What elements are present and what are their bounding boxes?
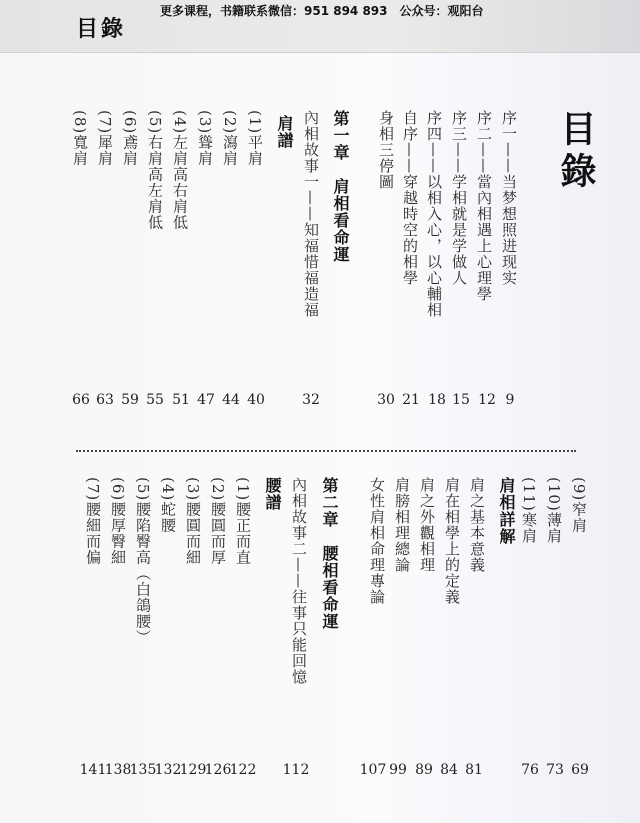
toc-entry[interactable]: 序二——當內相遇上心理學 [475, 110, 493, 302]
page-number: 63 [96, 392, 114, 408]
toc-entry[interactable]: (7)犀肩 [96, 110, 114, 166]
toc-entry[interactable]: (2)瀉肩 [221, 110, 239, 166]
toc-entry[interactable]: (9)窄肩 [570, 477, 588, 533]
toc-entry[interactable]: (4)左肩高右肩低 [171, 110, 189, 230]
toc-entry[interactable]: 序四——以相入心，以心輔相 [425, 110, 443, 318]
toc-entry[interactable]: (7)腰細而偏 [84, 477, 102, 565]
toc-entry[interactable]: (8)寬肩 [71, 110, 89, 166]
header-title: 目錄 [76, 12, 126, 43]
page-number: 81 [465, 762, 483, 778]
page-number: 132 [155, 762, 182, 778]
toc-entry[interactable]: (10)薄肩 [545, 477, 563, 544]
page-number: 21 [402, 392, 420, 408]
page-number: 66 [72, 392, 90, 408]
page-number: 69 [571, 762, 589, 778]
toc-entry[interactable]: 女性肩相命理專論 [368, 477, 386, 605]
toc-entry[interactable]: (11)寒肩 [520, 477, 538, 544]
page-number: 135 [130, 762, 157, 778]
watermark-text: 更多课程，书籍联系微信：951 894 893 公众号：观阳台 [160, 2, 484, 19]
page-number: 138 [105, 762, 132, 778]
page-number: 30 [377, 392, 395, 408]
toc-entry[interactable]: (1)腰正而直 [234, 477, 252, 565]
page-header: 目錄 更多课程，书籍联系微信：951 894 893 公众号：观阳台 [0, 0, 640, 53]
page-number: 126 [205, 762, 232, 778]
toc-entry[interactable]: (4)蛇腰 [159, 477, 177, 533]
section-divider [76, 450, 576, 452]
page-number: 122 [230, 762, 257, 778]
section-heading[interactable]: 肩譜 [275, 115, 293, 149]
page-number: 84 [440, 762, 458, 778]
toc-entry[interactable]: (3)聳肩 [196, 110, 214, 166]
page-number: 59 [121, 392, 139, 408]
toc-entry[interactable]: 序一——当梦想照进现实 [500, 110, 518, 286]
toc-entry[interactable]: (6)腰厚臀細 [109, 477, 127, 565]
page-number: 47 [197, 392, 215, 408]
page-number: 51 [172, 392, 190, 408]
page-number: 44 [222, 392, 240, 408]
chapter-heading[interactable]: 第二章 腰相看命運 [320, 477, 338, 630]
toc-entry[interactable]: 肩在相學上的定義 [443, 477, 461, 605]
page-number: 129 [180, 762, 207, 778]
toc-entry[interactable]: 肩之基本意義 [468, 477, 486, 573]
toc-entry[interactable]: 內相故事二——往事只能回憶 [290, 477, 308, 685]
toc-entry[interactable]: 內相故事一——知福惜福造福 [302, 110, 320, 318]
page-number: 99 [389, 762, 407, 778]
section-heading[interactable]: 腰譜 [263, 477, 281, 511]
page-number: 32 [302, 392, 320, 408]
page-number: 141 [80, 762, 107, 778]
page-number: 15 [452, 392, 470, 408]
toc-entry[interactable]: 肩之外觀相理 [418, 477, 436, 573]
page-number: 9 [506, 392, 515, 408]
page-number: 18 [428, 392, 446, 408]
chapter-heading[interactable]: 第一章 肩相看命運 [331, 110, 349, 263]
page-number: 76 [521, 762, 539, 778]
page-title: 目錄 [550, 110, 601, 194]
toc-entry[interactable]: 身相三停圖 [377, 110, 395, 190]
page-number: 89 [415, 762, 433, 778]
toc-entry[interactable]: 序三——学相就是学做人 [450, 110, 468, 286]
toc-entry[interactable]: (5)右肩高左肩低 [146, 110, 164, 230]
page-number: 107 [360, 762, 387, 778]
page-number: 40 [247, 392, 265, 408]
page-number: 55 [146, 392, 164, 408]
toc-entry[interactable]: 自序——穿越時空的相學 [401, 110, 419, 286]
toc-entry[interactable]: (3)腰圓而細 [184, 477, 202, 565]
toc-entry[interactable]: 肩膀相理總論 [393, 477, 411, 573]
toc-entry[interactable]: (1)平肩 [246, 110, 264, 166]
section-heading[interactable]: 肩相詳解 [497, 477, 515, 545]
toc-entry[interactable]: (2)腰圓而厚 [209, 477, 227, 565]
page-number: 112 [283, 762, 310, 778]
page-number: 12 [478, 392, 496, 408]
toc-entry[interactable]: (6)鳶肩 [121, 110, 139, 166]
page-number: 73 [546, 762, 564, 778]
toc-entry[interactable]: (5)腰陷臀高（白鴿腰） [134, 477, 152, 645]
